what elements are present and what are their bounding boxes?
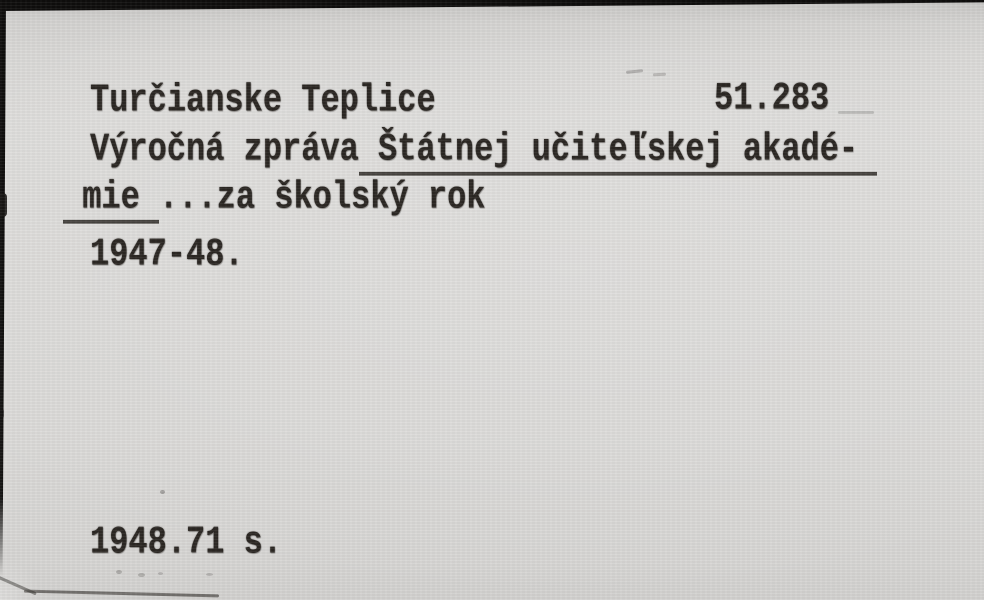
pencil-dash-mark: [653, 73, 666, 77]
title-line-1: Výročná zpráva Štátnej učiteľskej akadé-: [90, 128, 877, 172]
title-text-underlined: Štátnej učiteľskej akadé-: [359, 127, 877, 176]
title-text-plain: Výročná zpráva: [90, 127, 359, 172]
title-line-3-years: 1947-48.: [90, 233, 244, 277]
speck-mark: [138, 573, 145, 577]
place-heading: Turčianske Teplice: [90, 78, 436, 123]
bottom-smudge-mark: [0, 576, 37, 596]
heading-line: Turčianske Teplice: [90, 79, 436, 123]
speck-mark: [160, 490, 165, 494]
speck-mark: [206, 573, 213, 576]
catalog-card-scan: Turčianske Teplice 51.283 Výročná zpráva…: [0, 0, 984, 600]
corner-crease: [0, 540, 60, 600]
speck-mark: [116, 570, 122, 574]
imprint-line: 1948.71 s.: [90, 521, 282, 565]
title-line-2: mie ...za školský rok: [63, 176, 485, 220]
scan-edge-top: [0, 0, 984, 11]
pencil-dash-mark: [626, 69, 643, 74]
scan-edge-left: [0, 0, 6, 578]
speck-mark: [158, 572, 163, 575]
title-text-plain: ...za školský rok: [159, 175, 485, 220]
bottom-smudge-mark: [24, 590, 219, 598]
smudge-mark: [838, 111, 874, 114]
call-number: 51.283: [714, 77, 829, 121]
title-text-underlined: mie: [63, 175, 159, 224]
